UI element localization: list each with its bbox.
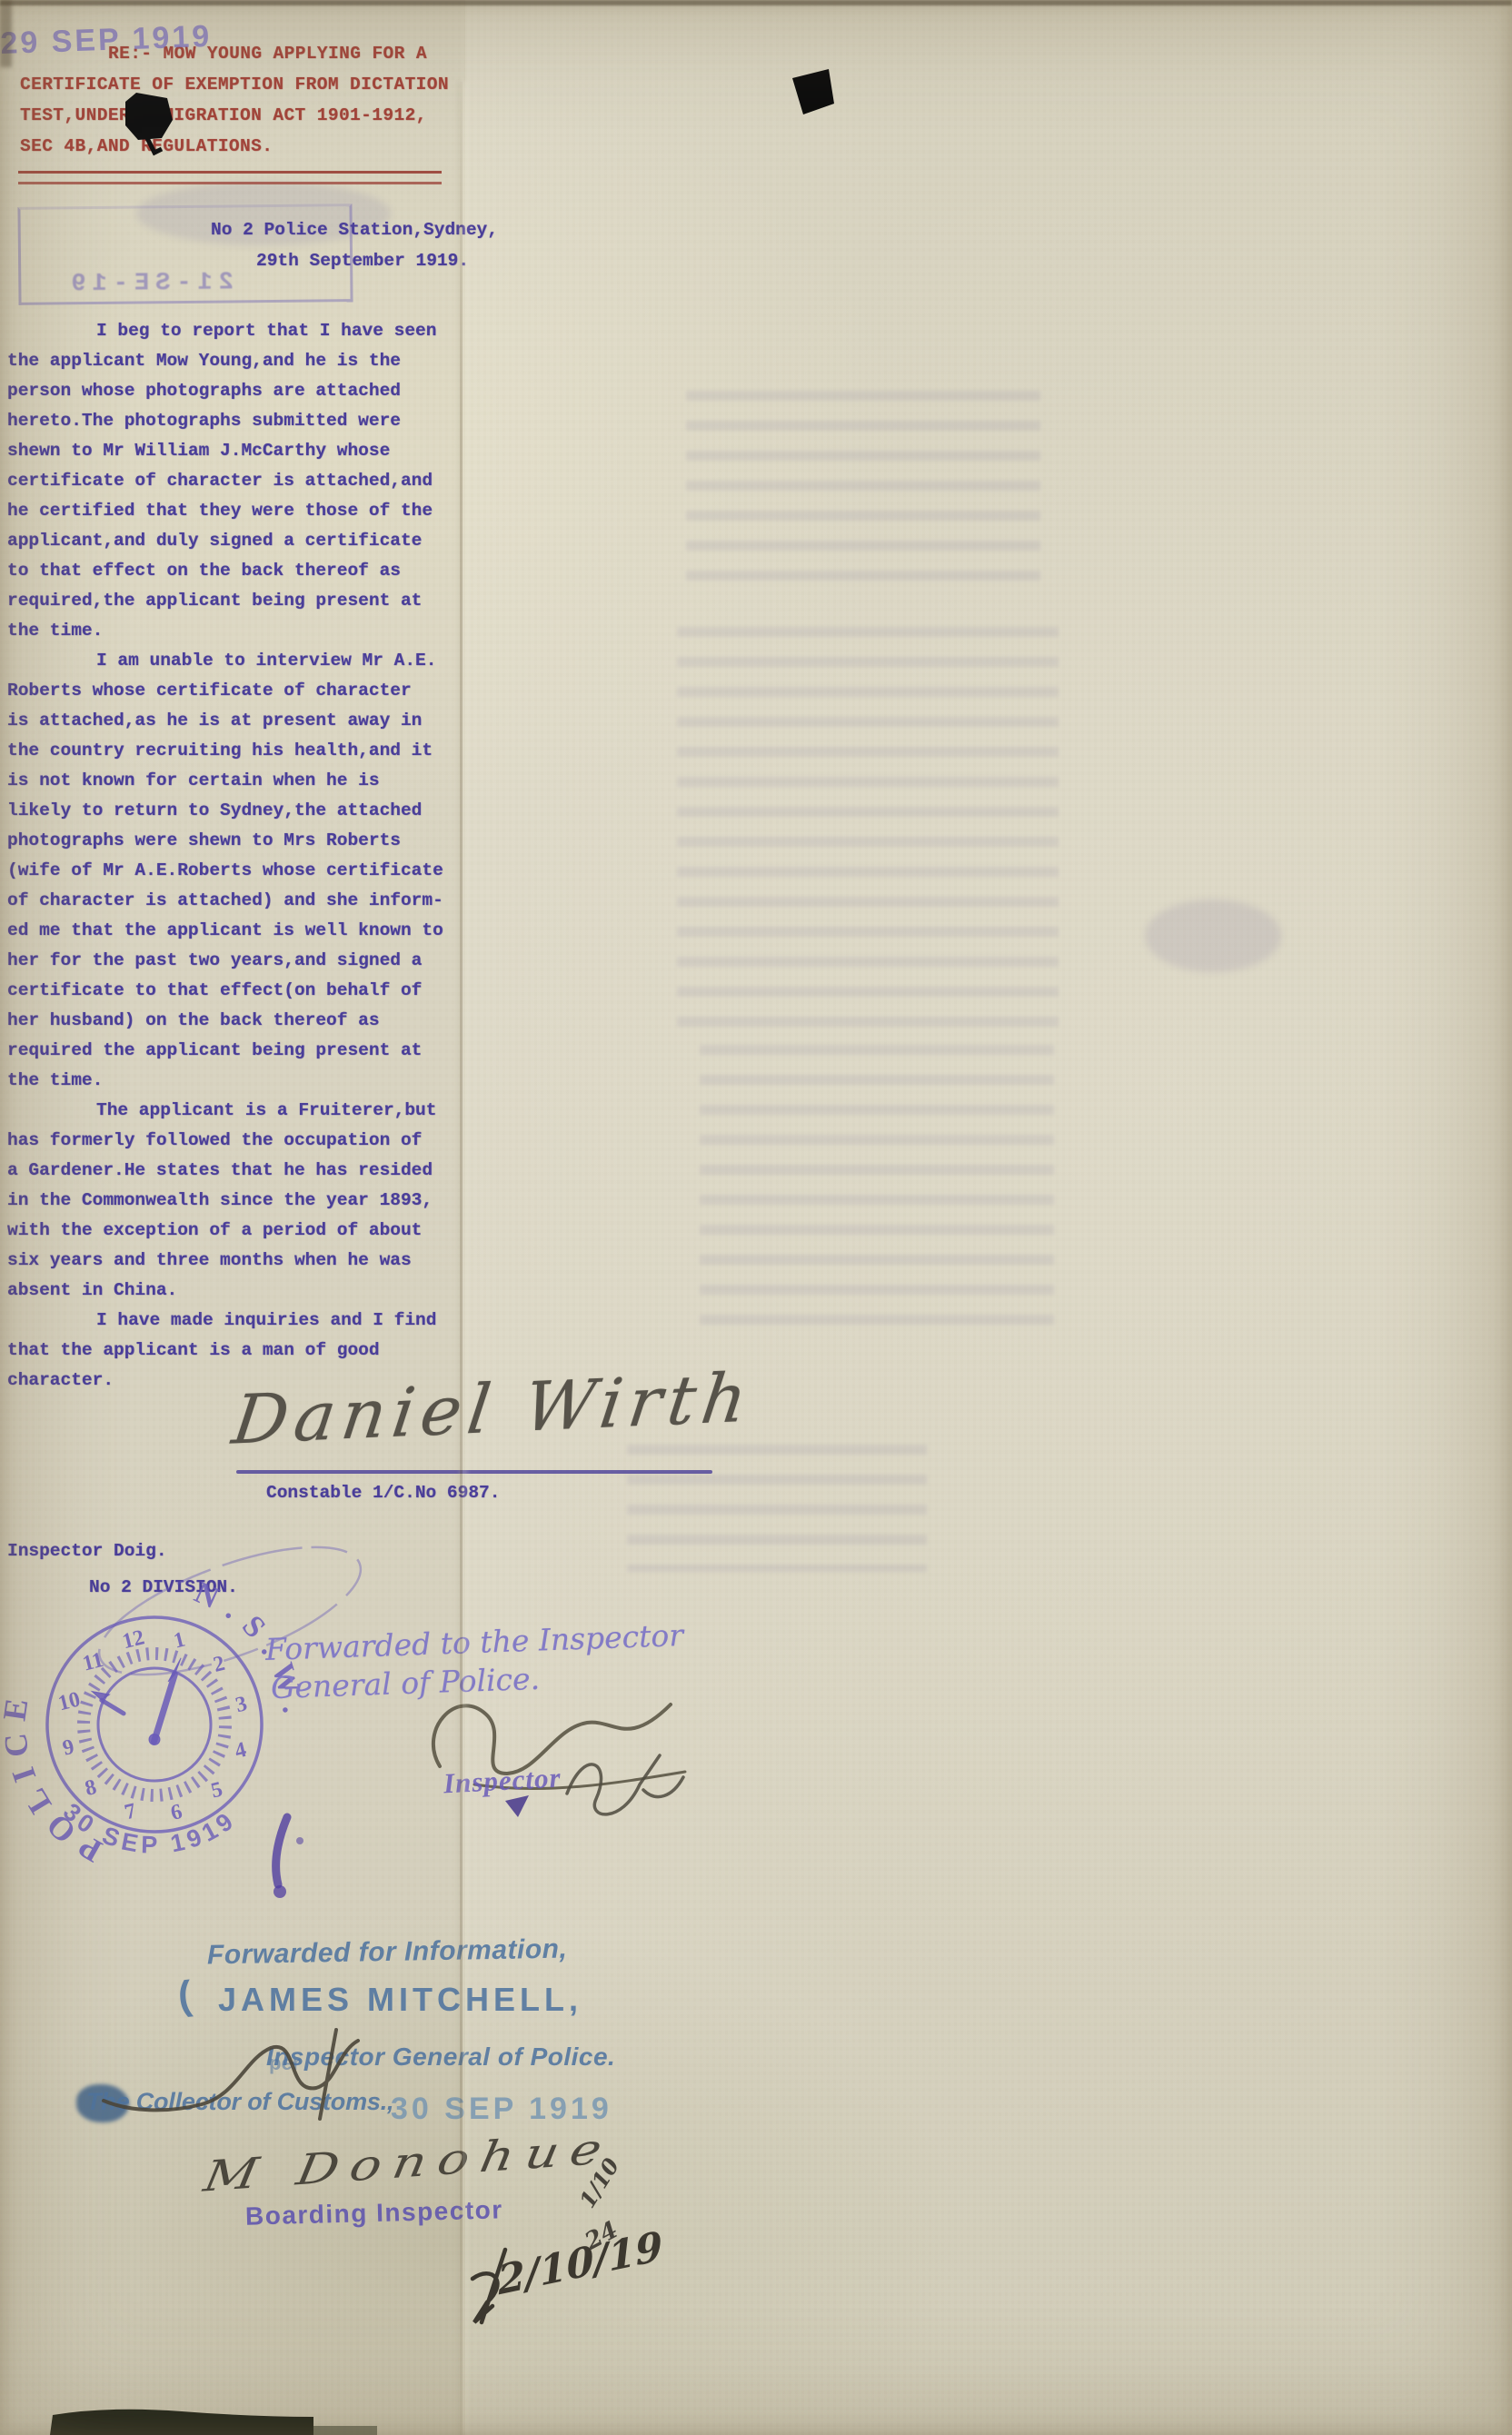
james-mitchell-stamp: JAMES MITCHELL, <box>218 1981 582 2019</box>
ink-obliteration-mark <box>114 85 187 164</box>
header-double-rule <box>18 171 442 184</box>
signature-underline <box>236 1470 712 1474</box>
report-line: is not known for certain when he is <box>7 766 498 796</box>
ink-bleed-through <box>686 391 1040 600</box>
clock-stamp-org-left: POLICE <box>0 1670 114 1884</box>
ink-bleed-through <box>627 1445 927 1572</box>
report-line: I have made inquiries and I find <box>96 1306 498 1336</box>
ink-bleed-through <box>700 1045 1054 1345</box>
subject-header-line: SEC 4B,AND REGULATIONS. <box>20 131 449 162</box>
clock-number: 6 <box>168 1800 184 1825</box>
clock-number: 11 <box>80 1648 105 1676</box>
date-stamp-29-sep: 29 SEP 1919 <box>0 0 1512 62</box>
report-line: absent in China. <box>7 1276 498 1306</box>
report-date: 29th September 1919. <box>256 251 469 271</box>
report-line: certificate to that effect(on behalf of <box>7 976 498 1006</box>
clock-number: 5 <box>209 1777 225 1803</box>
boarding-inspector-stamp: Boarding Inspector <box>245 2195 503 2231</box>
report-line: her husband) on the back thereof as <box>7 1006 498 1036</box>
report-line: in the Commonwealth since the year 1893, <box>7 1186 498 1216</box>
forwarded-for-information-stamp: Forwarded for Information, <box>207 1934 568 1972</box>
report-line: a Gardener.He states that he has resided <box>7 1156 498 1186</box>
report-line: is attached,as he is at present away in <box>7 706 498 736</box>
report-line: the country recruiting his health,and it <box>7 736 498 766</box>
clock-number: 4 <box>233 1738 249 1764</box>
report-line: likely to return to Sydney,the attached <box>7 796 498 826</box>
report-line: the time. <box>7 1066 498 1096</box>
report-line: the applicant Mow Young,and he is the <box>7 346 498 376</box>
report-line: six years and three months when he was <box>7 1246 498 1276</box>
ink-bleed-spot <box>1145 899 1281 972</box>
report-line: certificate of character is attached,and <box>7 466 498 496</box>
ink-bleed-through <box>677 627 1059 1027</box>
report-line: required,the applicant being present at <box>7 586 498 616</box>
ink-mark <box>502 1794 534 1821</box>
page-right-blank-area <box>465 0 1512 2435</box>
date-stamp-30-sep: 30 SEP 1919 <box>391 2092 612 2127</box>
ink-blot <box>260 1814 323 1904</box>
clock-number: 12 <box>120 1625 147 1654</box>
fold-crease <box>460 82 463 2435</box>
report-line: photographs were shewn to Mrs Roberts <box>7 826 498 856</box>
report-line: to that effect on the back thereof as <box>7 556 498 586</box>
bracket-mark: ( <box>175 1973 194 2019</box>
boarding-inspector-signature: M Donohue <box>200 2123 617 2201</box>
report-line: Roberts whose certificate of character <box>7 676 498 706</box>
report-paragraph-3: The applicant is a Fruiterer,buthas form… <box>7 1096 498 1306</box>
clock-number: 3 <box>234 1692 250 1717</box>
initials-flourish <box>556 1737 692 1837</box>
report-line: with the exception of a period of about <box>7 1216 498 1246</box>
report-line: (wife of Mr A.E.Roberts whose certificat… <box>7 856 498 886</box>
report-line: person whose photographs are attached <box>7 376 498 406</box>
date-initial-flourish <box>462 2242 525 2329</box>
report-line: of character is attached) and she inform… <box>7 886 498 916</box>
report-line: I beg to report that I have seen <box>96 316 498 346</box>
scan-corner-shadow <box>0 0 12 67</box>
station-dateline: No 2 Police Station,Sydney, <box>211 220 498 240</box>
report-line: required the applicant being present at <box>7 1036 498 1066</box>
subject-header-line: TEST,UNDER IMMIGRATION ACT 1901-1912, <box>20 100 449 131</box>
report-line: hereto.The photographs submitted were <box>7 406 498 436</box>
report-line: shewn to Mr William J.McCarthy whose <box>7 436 498 466</box>
report-line: applicant,and duly signed a certificate <box>7 526 498 556</box>
report-line: that the applicant is a man of good <box>7 1336 498 1366</box>
svg-text:POLICE: POLICE <box>0 1670 114 1884</box>
received-date-text: 21-SE-19 <box>65 269 234 298</box>
clock-number: 8 <box>83 1775 99 1801</box>
report-paragraph-1: I beg to report that I have seenthe appl… <box>7 316 498 646</box>
clock-number: 2 <box>211 1652 227 1677</box>
clock-number: 9 <box>60 1735 76 1761</box>
per-signature <box>98 2021 407 2130</box>
report-line: the time. <box>7 616 498 646</box>
subject-header-line: CERTIFICATE OF EXEMPTION FROM DICTATION <box>20 69 449 100</box>
constable-rank-line: Constable 1/C.No 6987. <box>266 1483 500 1503</box>
report-line: her for the past two years,and signed a <box>7 946 498 976</box>
scan-top-edge <box>0 0 1512 5</box>
scanned-police-report-page: RE:- MOW YOUNG APPLYING FOR ACERTIFICATE… <box>0 0 1512 2435</box>
report-line: he certified that they were those of the <box>7 496 498 526</box>
report-line: I am unable to interview Mr A.E. <box>96 646 498 676</box>
report-paragraph-2: I am unable to interview Mr A.E.Roberts … <box>7 646 498 1096</box>
clock-number: 1 <box>171 1628 187 1654</box>
clock-number: 7 <box>123 1799 139 1824</box>
report-line: ed me that the applicant is well known t… <box>7 916 498 946</box>
scan-edge-tear <box>0 2399 472 2435</box>
report-line: has formerly followed the occupation of <box>7 1126 498 1156</box>
report-line: The applicant is a Fruiterer,but <box>96 1096 498 1126</box>
punch-hole-mark <box>783 65 841 118</box>
